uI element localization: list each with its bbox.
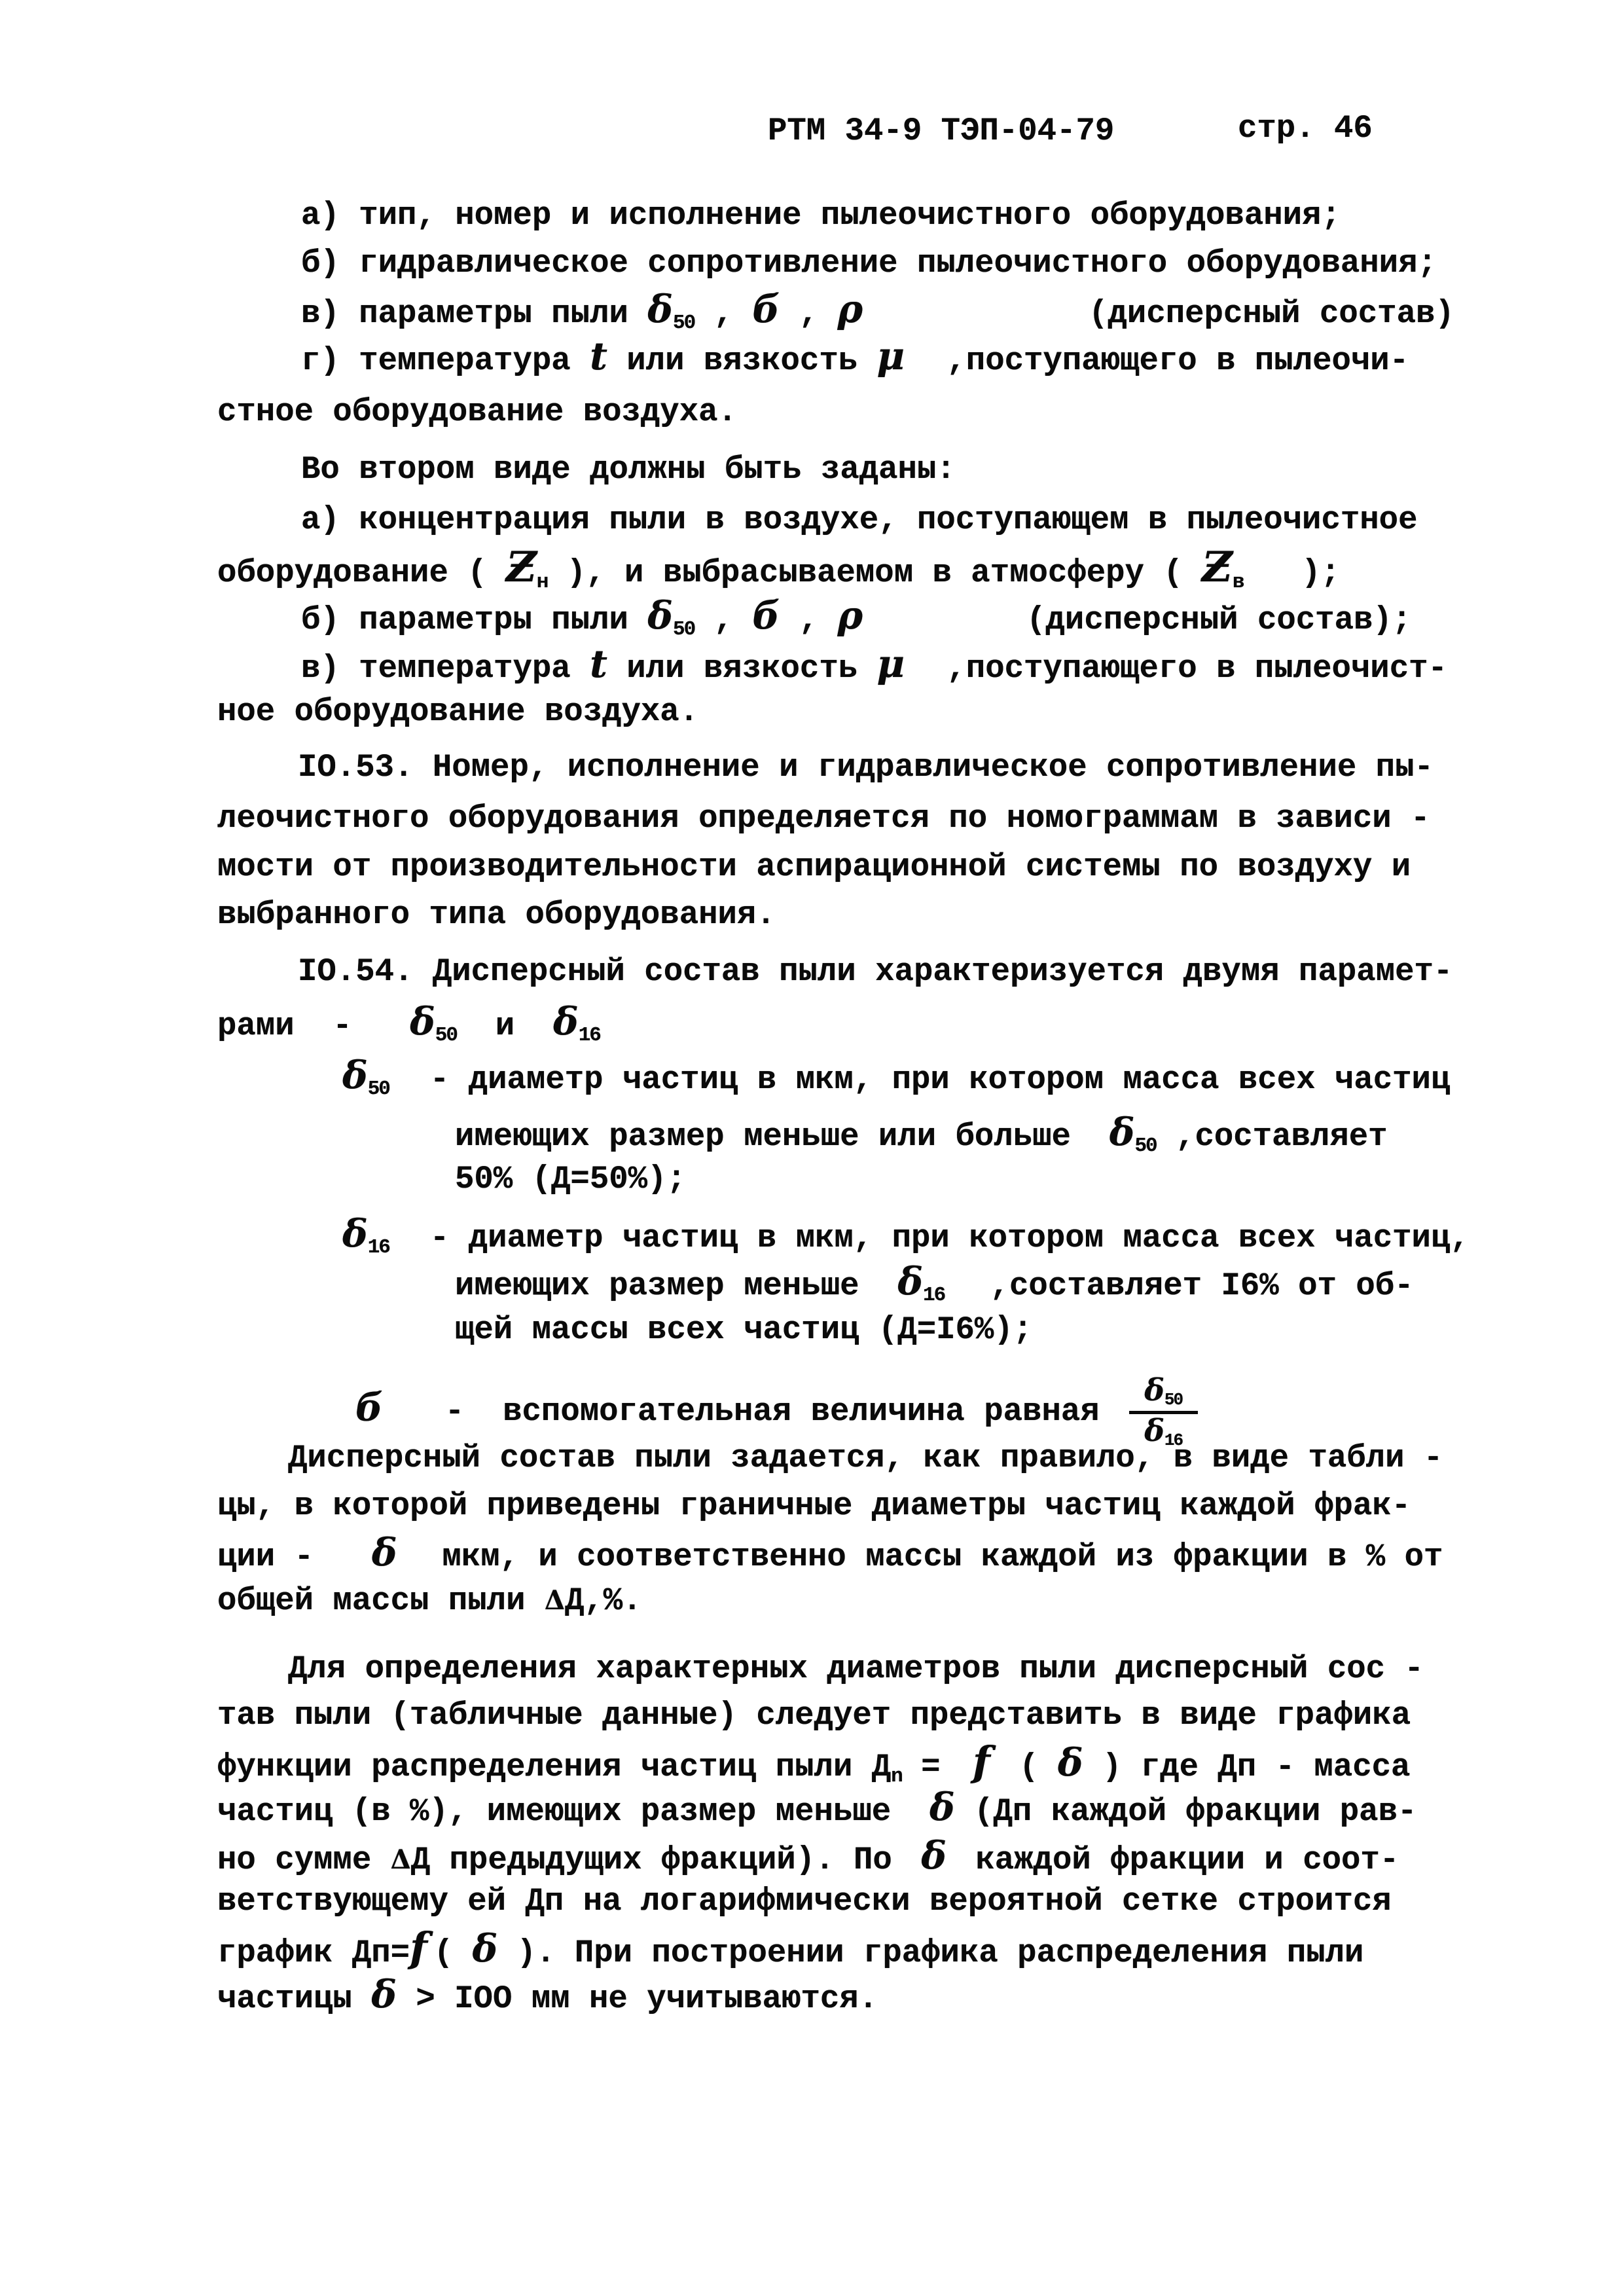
math-symbol: μ: [877, 642, 905, 686]
math-symbol: Ƶ: [1202, 543, 1233, 592]
text-segment: 50% (Д=50%);: [455, 1161, 686, 1197]
text-line: ветствующему ей Дп на логарифмически вер…: [217, 1886, 1392, 1918]
text-line: ное оборудование воздуха.: [217, 696, 698, 728]
text-segment: IO.53. Номер, исполнение и гидравлическо…: [298, 749, 1434, 786]
text-segment: в) параметры пыли: [301, 295, 647, 332]
text-segment: - вспомогательная величина равная: [445, 1393, 1100, 1430]
text-segment: б) гидравлическое сопротивление пылеочис…: [301, 245, 1437, 282]
math-symbol: δ: [342, 1053, 368, 1097]
text-segment: г) температура: [301, 342, 590, 379]
text-line: IO.54. Дисперсный состав пыли характериз…: [298, 956, 1453, 988]
text-line: частицы δ > IOO мм не учитываются.: [217, 1978, 878, 2015]
text-segment: > IOO мм не учитываются.: [397, 1980, 878, 2017]
text-line: а) тип, номер и исполнение пылеочистного…: [301, 200, 1341, 232]
math-symbol: μ: [877, 334, 905, 378]
subscript: 16: [923, 1284, 945, 1307]
text-line: мости от производительности аспирационно…: [217, 851, 1411, 883]
text-line: ции - δ мкм, и соответственно массы кажд…: [217, 1537, 1443, 1573]
text-segment: ). При построении графика распределения …: [497, 1935, 1363, 1971]
text-line: в) температура t или вязкость μ ,поступа…: [301, 648, 1447, 685]
text-segment: ветствующему ей Дп на логарифмически вер…: [217, 1883, 1392, 1920]
text-segment: а) тип, номер и исполнение пылеочистного…: [301, 197, 1341, 234]
subscript: н: [537, 571, 548, 594]
text-segment: Во втором виде должны быть заданы:: [301, 451, 956, 488]
text-segment: стное оборудование воздуха.: [217, 393, 737, 430]
text-line: имеющих размер меньше или больше δ50 ,со…: [455, 1116, 1388, 1162]
text-line: г) температура t или вязкость μ ,поступа…: [301, 340, 1409, 377]
text-segment: мости от производительности аспирационно…: [217, 848, 1411, 885]
math-symbol: δ: [921, 1833, 947, 1878]
text-segment: (дисперсный состав): [1089, 295, 1454, 332]
text-segment: цы, в которой приведены граничные диамет…: [217, 1487, 1411, 1524]
text-segment: функции распределения частиц пыли Д: [217, 1749, 891, 1785]
text-line: δ50- диаметр частиц в мкм, при котором м…: [342, 1059, 1450, 1105]
text-segment: ) где Дп - масса: [1083, 1749, 1411, 1785]
text-segment: щей массы всех частиц (Д=I6%);: [455, 1311, 1032, 1348]
text-line: в) параметры пыли δ50 , б , ρ(дисперсный…: [301, 293, 1454, 339]
text-segment: (: [1000, 1749, 1058, 1785]
text-segment: или вязкость: [607, 650, 877, 687]
text-segment: каждой фракции и соот-: [956, 1842, 1399, 1878]
text-segment: но сумме: [217, 1842, 391, 1878]
text-segment: ,составляет I6% от об-: [971, 1267, 1413, 1304]
math-symbol: ρ: [838, 593, 863, 638]
text-segment: ), и выбрасываемом в атмосферу (: [547, 555, 1202, 591]
text-segment: тав пыли (табличные данные) следует пред…: [217, 1697, 1411, 1734]
text-segment: а) концентрация пыли в воздухе, поступаю…: [301, 501, 1417, 538]
text-line: Для определения характерных диаметров пы…: [288, 1653, 1424, 1685]
text-line: оборудование ( Ƶн ), и выбрасываемом в а…: [217, 551, 1340, 598]
text-line: выбранного типа оборудования.: [217, 899, 776, 931]
math-symbol: δ: [372, 1530, 397, 1575]
subscript: 50: [435, 1024, 457, 1047]
text-segment: или вязкость: [607, 342, 877, 379]
text-segment: имеющих размер меньше: [455, 1267, 897, 1304]
text-segment: ,поступающего в пылеочи-: [928, 342, 1409, 379]
math-symbol: б: [752, 287, 780, 331]
text-segment: (: [434, 1935, 473, 1971]
text-line: б- вспомогательная величина равнаяδ50δ16: [355, 1375, 1198, 1449]
text-segment: частиц (в %), имеющих размер меньше: [217, 1793, 929, 1830]
math-symbol: Ƶ: [506, 543, 537, 592]
math-symbol: δ: [647, 593, 673, 638]
text-segment: оборудование (: [217, 555, 506, 591]
text-segment: ,: [780, 602, 837, 638]
text-segment: (дисперсный состав);: [1026, 602, 1411, 638]
math-symbol: δ: [371, 1972, 397, 2016]
text-segment: Д,%.: [565, 1582, 642, 1619]
subscript: в: [1233, 571, 1244, 594]
text-line: график Дп=f( δ ). При построении графика…: [217, 1931, 1363, 1969]
text-segment: ,: [780, 295, 837, 332]
text-segment: (Дп каждой фракции рав-: [955, 1793, 1417, 1830]
text-segment: общей массы пыли: [217, 1582, 545, 1619]
text-line: тав пыли (табличные данные) следует пред…: [217, 1700, 1411, 1732]
math-symbol: f: [410, 1923, 427, 1971]
text-line: б) гидравлическое сопротивление пылеочис…: [301, 247, 1437, 280]
text-segment: IO.54. Дисперсный состав пыли характериз…: [298, 953, 1453, 990]
text-segment: - диаметр частиц в мкм, при котором масс…: [430, 1220, 1470, 1256]
math-symbol: б: [355, 1385, 383, 1429]
text-line: частиц (в %), имеющих размер меньше δ (Д…: [217, 1791, 1416, 1828]
math-symbol: б: [752, 593, 780, 638]
text-line: Во втором виде должны быть заданы:: [301, 454, 956, 486]
subscript: 16: [579, 1024, 600, 1047]
text-line: б) параметры пыли δ50 , б , ρ(дисперсный…: [301, 600, 1411, 646]
text-line: леочистного оборудования определяется по…: [217, 803, 1430, 835]
text-line: δ16- диаметр частиц в мкм, при котором м…: [342, 1218, 1470, 1264]
delta-symbol: Δ: [545, 1585, 565, 1616]
text-segment: ,: [695, 602, 752, 638]
math-symbol: δ: [1058, 1740, 1083, 1785]
math-symbol: f: [973, 1738, 990, 1785]
text-line: цы, в которой приведены граничные диамет…: [217, 1490, 1411, 1522]
text-segment: и: [457, 1008, 553, 1044]
text-line: Дисперсный состав пыли задается, как пра…: [288, 1442, 1443, 1474]
text-segment: ,поступающего в пылеочист-: [928, 650, 1447, 687]
text-line: но сумме ΔД предыдущих фракций). По δ ка…: [217, 1840, 1399, 1876]
subscript: 50: [1134, 1135, 1156, 1157]
text-segment: Для определения характерных диаметров пы…: [288, 1650, 1424, 1687]
text-segment: =: [902, 1749, 960, 1785]
subscript: n: [891, 1765, 902, 1788]
document-number: РТМ 34-9 ТЭП-04-79: [768, 115, 1114, 147]
text-line: рами - δ50 и δ16: [217, 1006, 600, 1051]
text-segment: рами -: [217, 1008, 410, 1044]
text-segment: ,составляет: [1157, 1118, 1388, 1155]
scanned-document-page: РТМ 34-9 ТЭП-04-79 стр. 46 а) тип, номер…: [0, 0, 1624, 2296]
math-symbol: t: [590, 334, 607, 378]
delta-symbol: Δ: [391, 1844, 411, 1875]
text-segment: частицы: [217, 1980, 371, 2017]
math-symbol: t: [590, 642, 607, 686]
text-segment: леочистного оборудования определяется по…: [217, 800, 1430, 837]
text-line: общей массы пыли ΔД,%.: [217, 1584, 642, 1617]
math-symbol: δ: [553, 999, 579, 1044]
subscript: 50: [1164, 1390, 1182, 1410]
text-segment: ,: [695, 295, 752, 332]
math-symbol: ρ: [838, 287, 863, 331]
text-segment: ное оборудование воздуха.: [217, 693, 698, 730]
fraction-numerator: δ50: [1144, 1375, 1182, 1408]
math-symbol: δ: [897, 1259, 923, 1303]
subscript: 50: [673, 618, 695, 641]
math-symbol: δ: [929, 1785, 955, 1829]
math-symbol: δ: [1144, 1372, 1164, 1408]
math-symbol: δ: [1110, 1110, 1135, 1154]
text-segment: Дисперсный состав пыли задается, как пра…: [288, 1440, 1443, 1476]
text-line: щей массы всех частиц (Д=I6%);: [455, 1314, 1032, 1346]
text-line: 50% (Д=50%);: [455, 1163, 686, 1195]
subscript: 50: [368, 1078, 389, 1101]
text-line: IO.53. Номер, исполнение и гидравлическо…: [298, 752, 1434, 784]
text-segment: мкм, и соответственно массы каждой из фр…: [404, 1539, 1443, 1575]
text-line: имеющих размер меньше δ16 ,составляет I6…: [455, 1266, 1414, 1311]
fraction: δ50δ16: [1129, 1375, 1198, 1449]
text-segment: график Дп=: [217, 1935, 410, 1971]
subscript: 16: [368, 1236, 389, 1259]
text-segment: б) параметры пыли: [301, 602, 647, 638]
math-symbol: δ: [410, 999, 435, 1044]
text-segment: в) температура: [301, 650, 590, 687]
subscript: 50: [673, 312, 695, 335]
text-segment: - диаметр частиц в мкм, при котором масс…: [430, 1061, 1450, 1098]
text-segment: Д предыдущих фракций). По: [411, 1842, 912, 1878]
text-line: стное оборудование воздуха.: [217, 396, 737, 428]
math-symbol: δ: [473, 1926, 498, 1971]
text-segment: ции -: [217, 1539, 352, 1575]
text-segment: имеющих размер меньше или больше: [455, 1118, 1110, 1155]
text-segment: );: [1263, 555, 1341, 591]
math-symbol: δ: [342, 1211, 368, 1256]
text-line: а) концентрация пыли в воздухе, поступаю…: [301, 504, 1417, 536]
page-number: стр. 46: [1238, 113, 1373, 145]
math-symbol: δ: [647, 287, 673, 331]
text-segment: выбранного типа оборудования.: [217, 896, 776, 933]
text-line: функции распределения частиц пыли Дn = f…: [217, 1745, 1410, 1793]
